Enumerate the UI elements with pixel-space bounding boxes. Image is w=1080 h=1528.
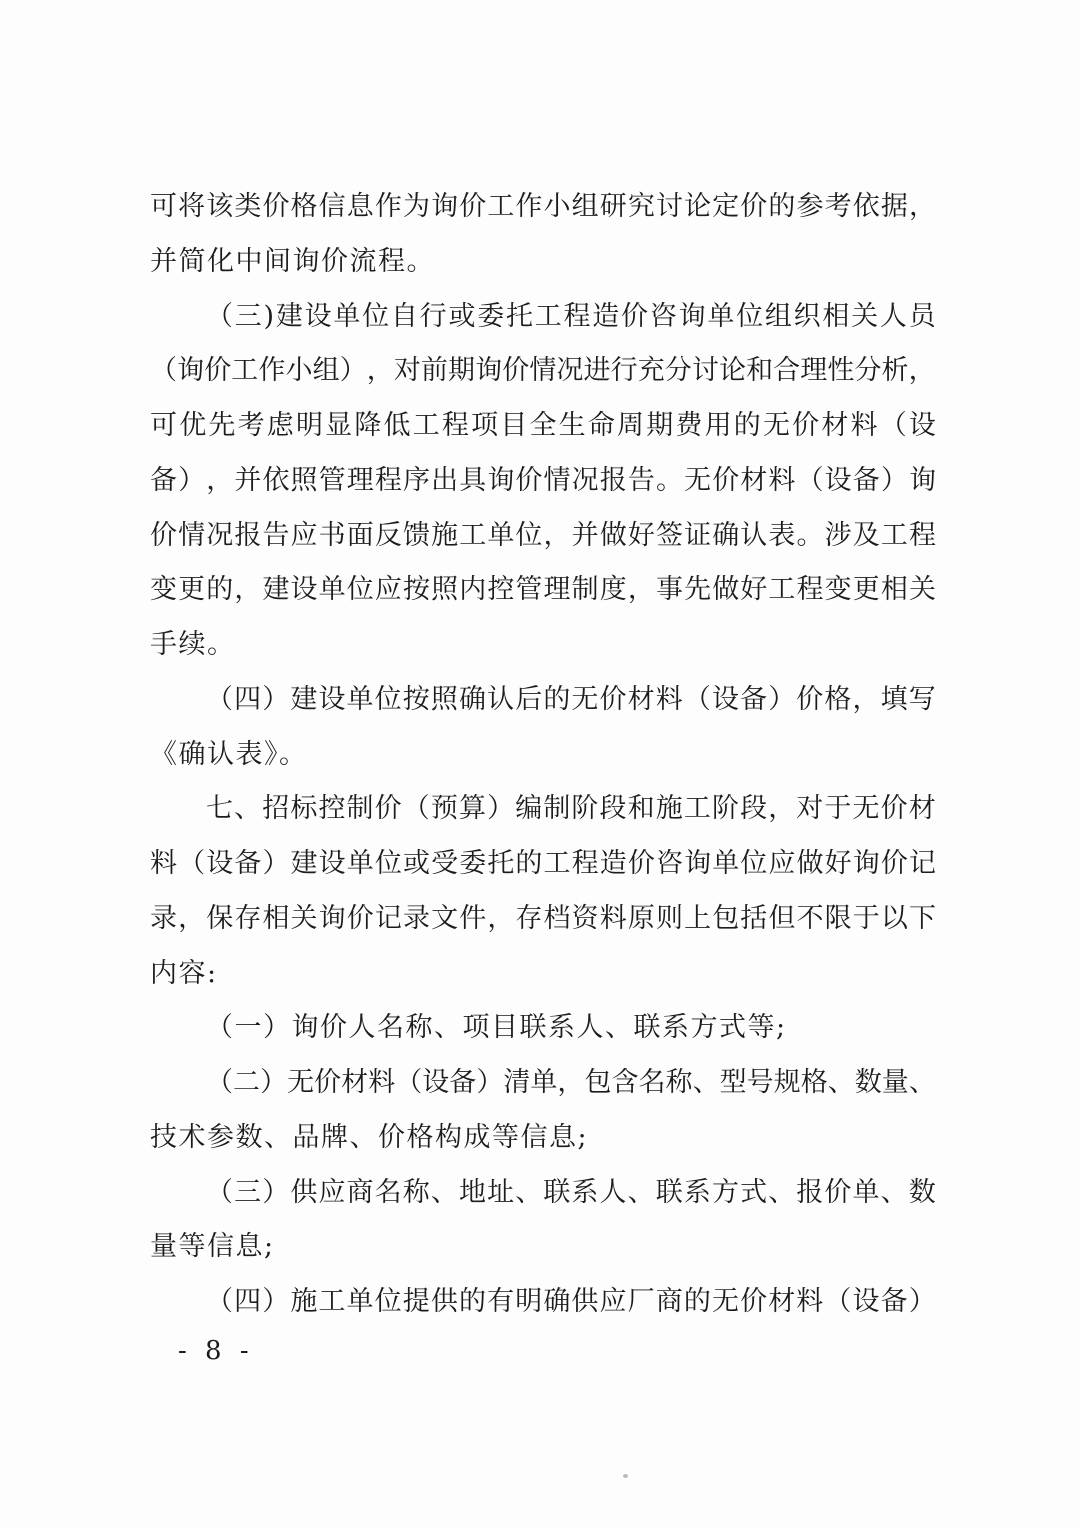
text-line: （询价工作小组），对前期询价情况进行充分讨论和合理性分析， [150,344,936,399]
text-line: 《确认表》。 [150,728,936,783]
text-line: （一）询价人名称、项目联系人、联系方式等; [150,1001,936,1056]
text-line: 量等信息; [150,1220,936,1275]
text-line: 价情况报告应书面反馈施工单位，并做好签证确认表。涉及工程 [150,509,936,564]
scan-artifact-dot [623,1474,628,1478]
document-body: 可将该类价格信息作为询价工作小组研究讨论定价的参考依据，并简化中间询价流程。（三… [150,180,936,1330]
page-number: - 8 - [178,1336,254,1366]
text-line: （三）供应商名称、地址、联系人、联系方式、报价单、数 [150,1166,936,1221]
text-line: 录，保存相关询价记录文件，存档资料原则上包括但不限于以下 [150,892,936,947]
text-line: 可优先考虑明显降低工程项目全生命周期费用的无价材料（设 [150,399,936,454]
text-line: （三)建设单位自行或委托工程造价咨询单位组织相关人员 [150,290,936,345]
text-line: （四）建设单位按照确认后的无价材料（设备）价格，填写 [150,673,936,728]
text-line: （四）施工单位提供的有明确供应厂商的无价材料（设备） [150,1275,936,1330]
text-line: 并简化中间询价流程。 [150,235,936,290]
text-line: 七、招标控制价（预算）编制阶段和施工阶段，对于无价材 [150,782,936,837]
text-line: 技术参数、品牌、价格构成等信息; [150,1111,936,1166]
text-line: 可将该类价格信息作为询价工作小组研究讨论定价的参考依据， [150,180,936,235]
text-line: （二）无价材料（设备）清单，包含名称、型号规格、数量、 [150,1056,936,1111]
text-line: 变更的，建设单位应按照内控管理制度，事先做好工程变更相关 [150,563,936,618]
text-line: 料（设备）建设单位或受委托的工程造价咨询单位应做好询价记 [150,837,936,892]
text-line: 手续。 [150,618,936,673]
text-line: 备），并依照管理程序出具询价情况报告。无价材料（设备）询 [150,454,936,509]
text-line: 内容: [150,947,936,1002]
document-page: 可将该类价格信息作为询价工作小组研究讨论定价的参考依据，并简化中间询价流程。（三… [0,0,1080,1528]
